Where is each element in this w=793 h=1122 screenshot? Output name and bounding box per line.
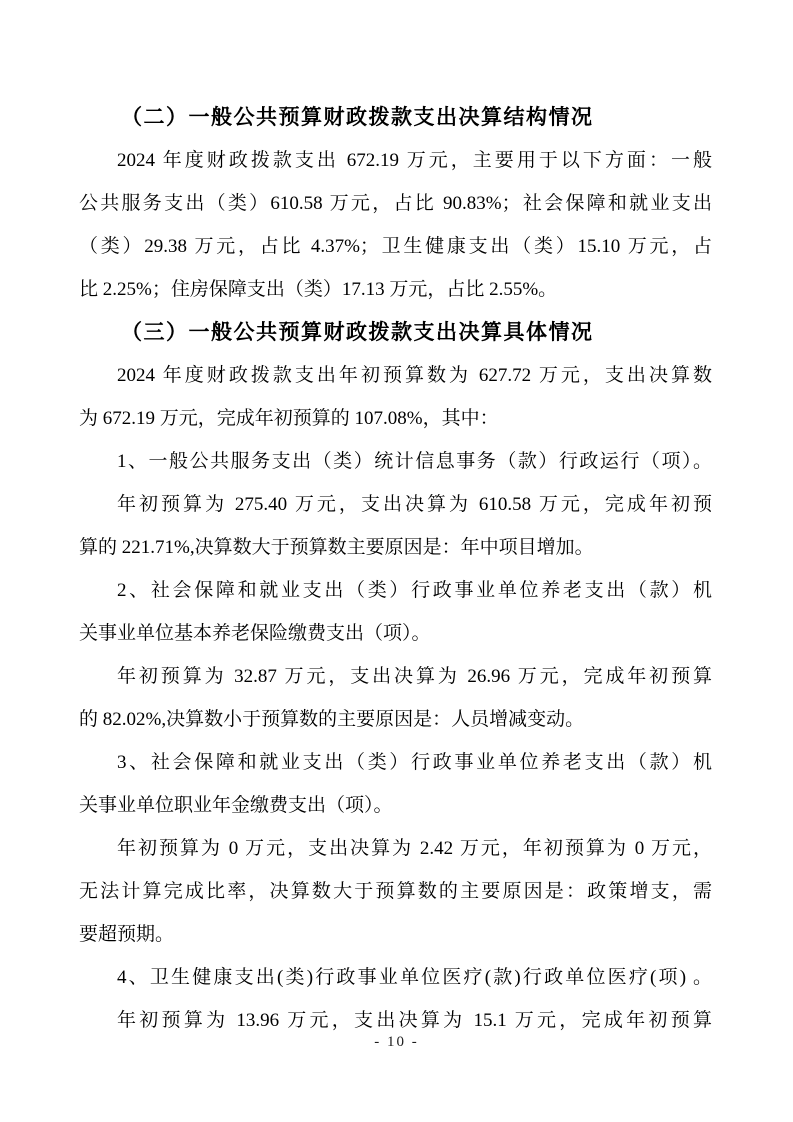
text-line: （类）29.38 万元，占比 4.37%；卫生健康支出（类）15.10 万元，占 [79,225,712,268]
section-iii-heading: （三）一般公共预算财政拨款支出决算具体情况 [79,311,712,354]
text-line: 的 82.02%,决算数小于预算数的主要原因是：人员增减变动。 [79,698,712,741]
para-item-3-detail: 年初预算为 0 万元，支出决算为 2.42 万元，年初预算为 0 万元， 无法计… [79,827,712,956]
para-structure-overview: 2024 年度财政拨款支出 672.19 万元，主要用于以下方面：一般 公共服务… [79,139,712,311]
para-item-2-detail: 年初预算为 32.87 万元，支出决算为 26.96 万元，完成年初预算 的 8… [79,655,712,741]
para-item-1-title: 1、一般公共服务支出（类）统计信息事务（款）行政运行（项）。 [79,440,712,483]
text-line: 比 2.25%；住房保障支出（类）17.13 万元，占比 2.55%。 [79,268,712,311]
para-item-4-title: 4、卫生健康支出(类)行政事业单位医疗(款)行政单位医疗(项) 。 [79,956,712,999]
text-line: 关事业单位基本养老保险缴费支出（项）。 [79,612,712,655]
text-line: 3、社会保障和就业支出（类）行政事业单位养老支出（款）机 [79,741,712,784]
text-line: 2024 年度财政拨款支出 672.19 万元，主要用于以下方面：一般 [79,139,712,182]
para-item-1-detail: 年初预算为 275.40 万元，支出决算为 610.58 万元，完成年初预 算的… [79,483,712,569]
text-line: 年初预算为 0 万元，支出决算为 2.42 万元，年初预算为 0 万元， [79,827,712,870]
para-item-2-title: 2、社会保障和就业支出（类）行政事业单位养老支出（款）机 关事业单位基本养老保险… [79,569,712,655]
text-line: 要超预期。 [79,913,712,956]
heading-text: （三）一般公共预算财政拨款支出决算具体情况 [79,311,712,354]
text-line: 1、一般公共服务支出（类）统计信息事务（款）行政运行（项）。 [79,440,712,483]
text-line: 年初预算为 32.87 万元，支出决算为 26.96 万元，完成年初预算 [79,655,712,698]
document-page: （二）一般公共预算财政拨款支出决算结构情况 2024 年度财政拨款支出 672.… [0,0,793,1122]
text-line: 算的 221.71%,决算数大于预算数主要原因是：年中项目增加。 [79,526,712,569]
para-detail-intro: 2024 年度财政拨款支出年初预算数为 627.72 万元，支出决算数 为 67… [79,354,712,440]
text-line: 为 672.19 万元，完成年初预算的 107.08%，其中： [79,397,712,440]
text-line: 关事业单位职业年金缴费支出（项）。 [79,784,712,827]
page-number: - 10 - [0,1034,793,1051]
para-item-3-title: 3、社会保障和就业支出（类）行政事业单位养老支出（款）机 关事业单位职业年金缴费… [79,741,712,827]
section-ii-heading: （二）一般公共预算财政拨款支出决算结构情况 [79,96,712,139]
text-line: 4、卫生健康支出(类)行政事业单位医疗(款)行政单位医疗(项) 。 [79,956,712,999]
heading-text: （二）一般公共预算财政拨款支出决算结构情况 [79,96,712,139]
text-line: 2024 年度财政拨款支出年初预算数为 627.72 万元，支出决算数 [79,354,712,397]
page-content: （二）一般公共预算财政拨款支出决算结构情况 2024 年度财政拨款支出 672.… [79,96,712,1042]
text-line: 无法计算完成比率，决算数大于预算数的主要原因是：政策增支，需 [79,870,712,913]
text-line: 公共服务支出（类）610.58 万元，占比 90.83%；社会保障和就业支出 [79,182,712,225]
text-line: 2、社会保障和就业支出（类）行政事业单位养老支出（款）机 [79,569,712,612]
text-line: 年初预算为 275.40 万元，支出决算为 610.58 万元，完成年初预 [79,483,712,526]
